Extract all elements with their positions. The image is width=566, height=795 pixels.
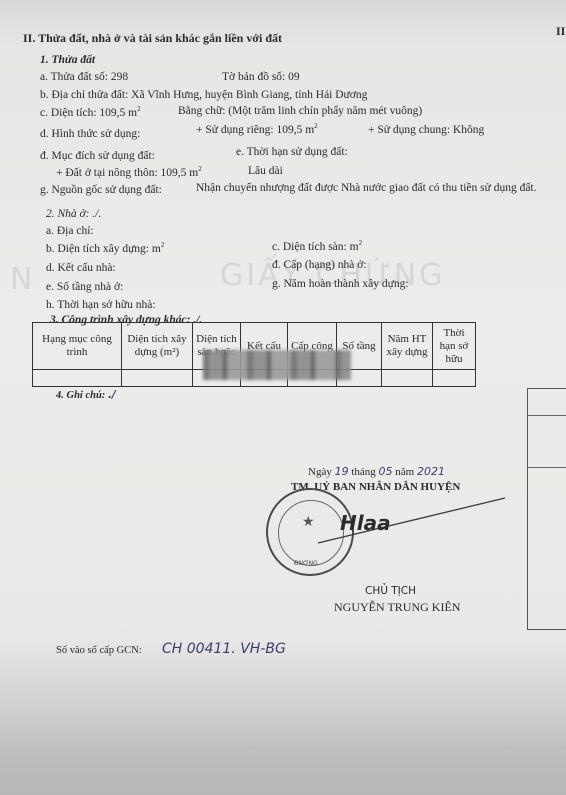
date-prefix: Ngày <box>308 466 332 478</box>
parcel-area-text: c. Diện tích: 109,5 m <box>40 107 137 119</box>
table-cell <box>382 370 433 387</box>
house-floor-area: c. Diện tích sàn: m2 <box>272 241 362 253</box>
land-heading: 1. Thửa đất <box>40 54 95 66</box>
origin-value: Nhận chuyển nhượng đất được Nhà nước gia… <box>196 182 537 194</box>
signature-icon: Hlaa <box>310 478 510 558</box>
month-prefix: tháng <box>351 466 375 478</box>
date-day: 19 <box>335 465 349 478</box>
house-floor-area-text: c. Diện tích sàn: m <box>272 241 359 253</box>
notes-label: 4. Ghi chú: <box>56 390 105 401</box>
adjacent-page-edge <box>527 388 566 630</box>
watermark: N <box>10 262 35 297</box>
house-structure: d. Kết cấu nhà: <box>46 262 116 274</box>
year-prefix: năm <box>395 466 414 478</box>
table-cell <box>122 370 193 387</box>
svg-text:Hlaa: Hlaa <box>340 511 391 535</box>
usage-form-label: d. Hình thức sử dụng: <box>40 128 140 140</box>
private-use: + Sử dụng riêng: 109,5 m2 <box>196 124 318 136</box>
map-sheet-number: Tờ bản đồ số: 09 <box>222 71 300 83</box>
column-header: Thời hạn sở hữu <box>433 323 476 370</box>
term-value: Lâu dài <box>248 165 283 177</box>
house-floors: e. Số tầng nhà ở: <box>46 281 123 293</box>
date-month: 05 <box>379 465 393 478</box>
redacted-region <box>203 350 351 380</box>
table-cell <box>33 370 122 387</box>
house-heading: 2. Nhà ở: ./. <box>46 208 101 220</box>
house-build-area: b. Diện tích xây dựng: m2 <box>46 243 164 255</box>
house-build-area-text: b. Diện tích xây dựng: m <box>46 243 161 255</box>
house-address: a. Địa chỉ: <box>46 225 94 237</box>
signer-title: CHỦ TỊCH <box>365 585 416 597</box>
edge-mark: II <box>556 24 565 39</box>
house-ownership-term: h. Thời hạn sở hữu nhà: <box>46 299 156 311</box>
date-year: 2021 <box>417 465 445 478</box>
purpose-label: đ. Mục đích sử dụng đất: <box>40 150 155 162</box>
table-cell <box>433 370 476 387</box>
notes: 4. Ghi chú: ./ <box>56 389 116 401</box>
signing-date: Ngày 19 tháng 05 năm 2021 <box>308 465 445 478</box>
seal-text: ĐNƠNG <box>294 560 318 567</box>
column-header: Năm HT xây dựng <box>382 323 433 370</box>
signer-name: NGUYỄN TRUNG KIÊN <box>334 600 460 615</box>
house-year-built: g. Năm hoàn thành xây dựng: <box>272 278 409 290</box>
area-in-words: Bằng chữ: (Một trăm linh chín phẩy năm m… <box>178 105 422 117</box>
origin-label: g. Nguồn gốc sử dụng đất: <box>40 184 162 196</box>
parcel-area: c. Diện tích: 109,5 m2 <box>40 107 141 119</box>
column-header: Diện tích xây dựng (m²) <box>122 323 193 370</box>
purpose-value-text: + Đất ở tại nông thôn: 109,5 m <box>56 167 198 179</box>
common-use: + Sử dụng chung: Không <box>368 124 484 136</box>
purpose-value: + Đất ở tại nông thôn: 109,5 m2 <box>56 167 202 179</box>
term-label: e. Thời hạn sử dụng đất: <box>236 146 348 158</box>
paper-bottom-edge <box>0 745 566 795</box>
section-title: II. Thửa đất, nhà ở và tài sản khác gắn … <box>23 31 282 46</box>
column-header: Hạng mục công trình <box>33 323 122 370</box>
parcel-address: b. Địa chỉ thửa đất: Xã Vĩnh Hưng, huyện… <box>40 89 367 101</box>
house-grade: đ. Cấp (hạng) nhà ở: <box>272 259 367 271</box>
parcel-number: a. Thửa đất số: 298 <box>40 71 128 83</box>
private-use-text: + Sử dụng riêng: 109,5 m <box>196 124 314 136</box>
notes-value: ./ <box>108 389 116 401</box>
